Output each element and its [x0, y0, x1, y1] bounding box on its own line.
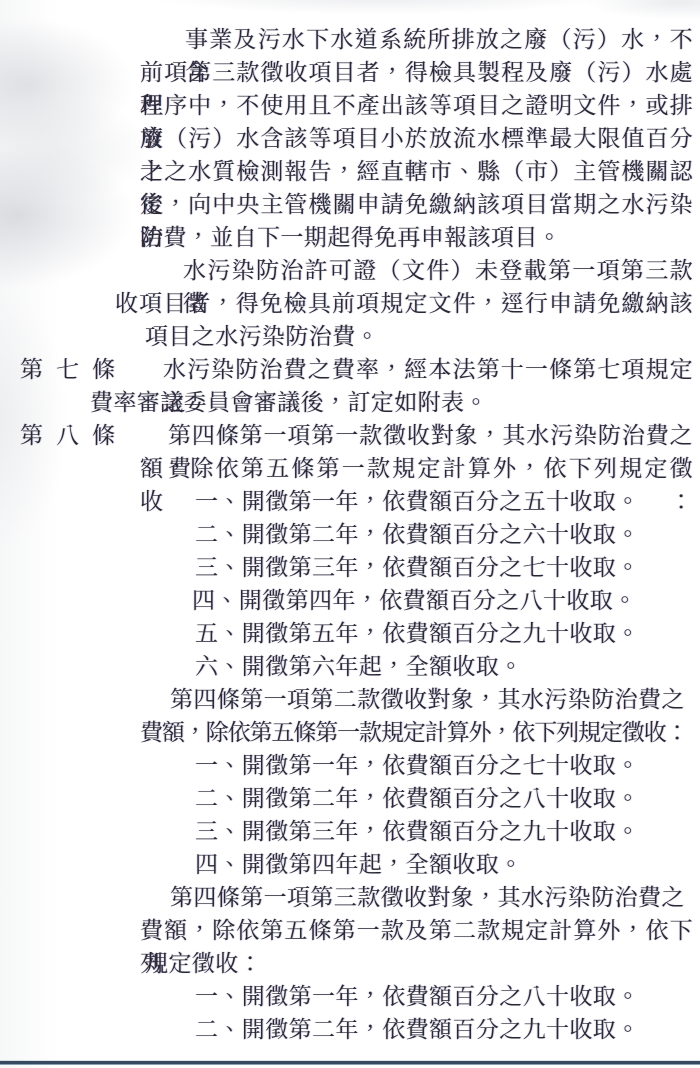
page-bottom-rule [0, 1061, 700, 1064]
text-line: 項目之水污染防治費。 [145, 321, 379, 354]
text-line: 費率審議委員會審議後，訂定如附表。 [90, 387, 488, 420]
text-line: 第四條第一項第三款徵收對象，其水污染防治費之 [170, 882, 685, 915]
text-line: 額，除依第五條第一款規定計算外，依下列規定徵收： [140, 453, 693, 486]
text-line: 前項第三款徵收項目者，得檢具製程及廢（污）水處理 [140, 57, 693, 90]
page-bottom-rule-edge [0, 1064, 700, 1065]
text-line: 一、開徵第一年，依費額百分之五十收取。 [195, 486, 640, 519]
text-line: 五、開徵第五年，依費額百分之九十收取。 [195, 618, 640, 651]
text-line: 二、開徵第二年，依費額百分之六十收取。 [195, 519, 640, 552]
article-body-first-line: 水污染防治費之費率，經本法第十一條第七項規定之 [163, 354, 693, 387]
article-number-char: 第 [20, 354, 43, 387]
text-line: 水污染防治許可證（文件）未登載第一項第三款徵 [183, 255, 693, 288]
text-line: 一、開徵第一年，依費額百分之七十收取。 [195, 750, 640, 783]
text-line: 三、開徵第三年，依費額百分之九十收取。 [195, 816, 640, 849]
text-line: 程序中，不使用且不產出該等項目之證明文件，或排放 [140, 90, 693, 123]
article-number-char: 七 [56, 354, 79, 387]
article-number-char: 條 [92, 354, 115, 387]
text-line: 六、開徵第六年起，全額收取。 [195, 651, 523, 684]
article-number-char: 條 [92, 420, 115, 453]
text-line: 費額，除依第五條第一款及第二款規定計算外，依下列 [140, 915, 693, 948]
text-line: 後，向中央主管機關申請免繳納該項目當期之水污染防 [140, 189, 693, 222]
article-number-label: 第八條 [20, 420, 115, 453]
text-line: 十之水質檢測報告，經直轄市、縣（市）主管機關認定 [140, 156, 693, 189]
text-line: 規定徵收： [145, 948, 262, 981]
text-line: 廢（污）水含該等項目小於放流水標準最大限值百分之 [140, 123, 693, 156]
text-line: 第四條第一項第二款徵收對象，其水污染防治費之 [170, 684, 685, 717]
text-line: 一、開徵第一年，依費額百分之八十收取。 [195, 981, 640, 1014]
document-page: 事業及污水下水道系統所排放之廢（污）水，不含前項第三款徵收項目者，得檢具製程及廢… [0, 0, 700, 1068]
text-line: 二、開徵第二年，依費額百分之八十收取。 [195, 783, 640, 816]
article-number-char: 第 [20, 420, 43, 453]
article-number-label: 第七條 [20, 354, 115, 387]
article-number-char: 八 [56, 420, 79, 453]
text-line: 費額，除依第五條第一款規定計算外，依下列規定徵收： [140, 717, 688, 750]
text-line: 事業及污水下水道系統所排放之廢（污）水，不含 [185, 24, 693, 57]
text-line: 治費，並自下一期起得免再申報該項目。 [140, 222, 561, 255]
text-line: 四、開徵第四年，依費額百分之八十收取。 [192, 585, 637, 618]
text-line: 二、開徵第二年，依費額百分之九十收取。 [195, 1014, 640, 1047]
text-line: 三、開徵第三年，依費額百分之七十收取。 [195, 552, 640, 585]
text-line: 四、開徵第四年起，全額收取。 [195, 849, 523, 882]
text-line: 收項目者，得免檢具前項規定文件，逕行申請免繳納該 [115, 288, 693, 321]
article-body-first-line: 第四條第一項第一款徵收對象，其水污染防治費之費 [168, 420, 693, 453]
